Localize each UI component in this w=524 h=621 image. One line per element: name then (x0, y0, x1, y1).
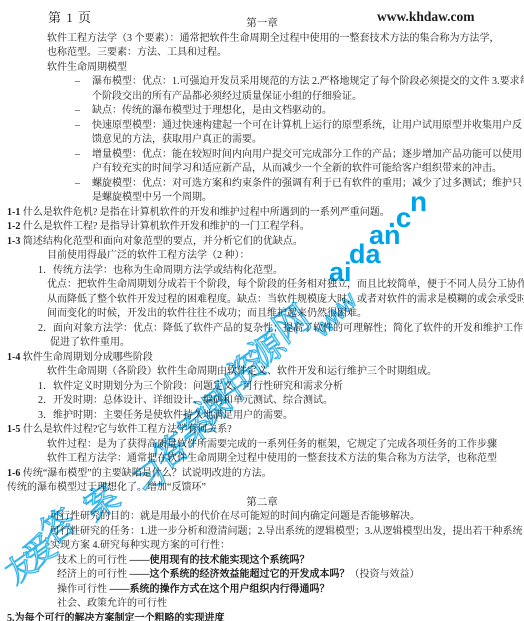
text-lines: 第一章软件工程方法学（3 个要素）：通常把软件生命周期全过程中使用的一整套技术方… (0, 17, 524, 621)
text-line: 是螺旋模型中另一个周期。 (92, 191, 524, 206)
text-line: 经济上的可行性 ——这个系统的经济效益能超过它的开发成本吗？（投资与效益） (57, 568, 524, 583)
text-line: 1-1 什么是软件危机? 是指在计算机软件的开发和维护过程中所遇到的一系列严重问… (7, 206, 524, 221)
text-line: 可行性研究的目的：就是用最小的代价在尽可能短的时间内确定问题是否能够解决。 (50, 510, 524, 525)
text-line: 软件过程：是为了获得高质量软件所需要完成的一系列任务的框架，它规定了完成各项任务… (47, 438, 524, 453)
text-line: 1．软件定义时期划分为三个阶段：问题定义、可行性研究和需求分析 (38, 380, 524, 395)
text-line: 间而变化的时候，开发出的软件往往不成功；而且维护起来仍然很困难。 (47, 307, 524, 322)
text-line: 从而降低了整个软件开发过程的困难程度。缺点：当软件规模庞大时，或者对软件的需求是… (47, 293, 524, 308)
text-line: 1-3 简述结构化范型和面向对象范型的要点，并分析它们的优缺点。 (7, 235, 524, 250)
text-line: 技术上的可行性 ——使用现有的技术能实现这个系统吗？ (57, 554, 524, 569)
bullet-dash: – (75, 104, 92, 119)
text-line: 优点：把软件生命周期划分成若干个阶段，每个阶段的任务相对独立，而且比较简单，便于… (47, 278, 524, 293)
text-line: 2．开发时期：总体设计、详细设计、编码和单元测试、综合测试。 (38, 394, 524, 409)
text-line: 第二章 (0, 496, 524, 511)
text-line: 促进了软件重用。 (50, 336, 524, 351)
text-line: –螺旋模型：优点：对可选方案和约束条件的强调有利于已有软件的重用；减少了过多测试… (75, 177, 524, 192)
text-line: 实现方案 4.研究每种实现方案的可行性： (50, 539, 524, 554)
text-line: –增量模型：优点：能在较短时间内向用户提交可完成部分工作的产品；逐步增加产品功能… (75, 148, 524, 163)
bullet-dash: – (75, 75, 92, 90)
text-line: –快速原型模型：通过快速构建起一个可在计算机上运行的原型系统，让用户试用原型并收… (75, 119, 524, 134)
text-line: 户有较充实的时间学习和适应新产品，从而减少一个全新的软件可能给客户组织带来的冲击… (92, 162, 524, 177)
text-line: 传统的瀑布模型过于理想化了。增加“反馈环” (7, 481, 524, 496)
document-page: 第 1 页 www.khdaw.com n.candaaiwww网源资件课案答习… (0, 0, 524, 621)
text-line: 1-6 传统“瀑布模型”的主要缺陷是什么？试说明改进的方法。 (7, 467, 524, 482)
text-line: 1-4 软件生命周期划分成哪些阶段 (7, 351, 524, 366)
text-line: 软件工程方法学：通常把在软件生命周期全过程中使用的一整套技术方法的集合称为方法学… (47, 452, 524, 467)
text-line: 1-2 什么是软件工程? 是指导计算机软件开发和维护的一门工程学科。 (7, 220, 524, 235)
text-line: 1-5 什么是软件过程?它与软件工程方法学有何关系? (7, 423, 524, 438)
text-line: 1．传统方法学：也称为生命周期方法学或结构化范型。 (38, 264, 524, 279)
text-line: 软件生命周期模型 (47, 61, 524, 76)
text-line: 5.为每个可行的解决方案制定一个粗略的实现进度 (7, 612, 524, 621)
text-line: 也称范型。三要素：方法、工具和过程。 (47, 46, 524, 61)
text-line: 目前使用得最广泛的软件工程方法学（2 种）： (47, 249, 524, 264)
text-line: 2．面向对象方法学：优点：降低了软件产品的复杂性；提高了软件的可理解性；简化了软… (38, 322, 524, 337)
text-line: 软件工程方法学（3 个要素）：通常把软件生命周期全过程中使用的一整套技术方法的集… (47, 32, 524, 47)
text-line: 可行性研究的任务：1.进一步分析和澄清问题；2.导出系统的逻辑模型；3.从逻辑模… (50, 525, 524, 540)
bullet-dash: – (75, 119, 92, 134)
text-line: 操作可行性 ——系统的操作方式在这个用户组织内行得通吗？ (57, 583, 524, 598)
text-line: –缺点：传统的瀑布模型过于理想化，是由文档驱动的。 (75, 104, 524, 119)
text-line: 软件生命周期（各阶段）软件生命周期由软件定义、软件开发和运行维护三个时期组成。 (47, 365, 524, 380)
text-line: 个阶段交出的所有产品都必须经过质量保证小组的仔细验证。 (92, 90, 524, 105)
text-line: 第一章 (0, 17, 524, 32)
text-line: 社会、政策允许的可行性 (57, 597, 524, 612)
text-line: 馈意见的方法，获取用户真正的需要。 (92, 133, 524, 148)
text-line: 3．维护时期：主要任务是使软件持久地满足用户的需要。 (38, 409, 524, 424)
text-line: –瀑布模型：优点：1.可强迫开发员采用规范的方法 2.严格地规定了每个阶段必须提… (75, 75, 524, 90)
bullet-dash: – (75, 148, 92, 163)
bullet-dash: – (75, 177, 92, 192)
